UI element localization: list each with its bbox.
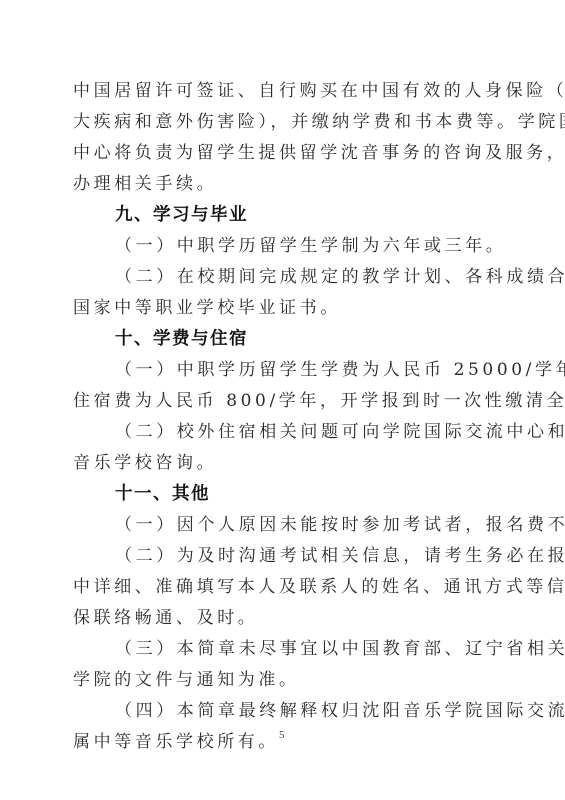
paragraph-line: （二）校外住宿相关问题可向学院国际交流中心和附属中等: [73, 417, 497, 448]
document-page: 中国居留许可签证、自行购买在中国有效的人身保险（须包含重 大疾病和意外伤害险），…: [0, 0, 565, 800]
paragraph-line: （一）因个人原因未能按时参加考试者，报名费不予退还。: [73, 510, 497, 541]
paragraph-line: 保联络畅通、及时。: [73, 603, 497, 634]
paragraph-line: 办理相关手续。: [73, 169, 497, 200]
paragraph-line: 住宿费为人民币 800/学年，开学报到时一次性缴清全年费用。: [73, 386, 497, 417]
section-heading-other: 十一、其他: [73, 479, 497, 510]
paragraph-line: （二）在校期间完成规定的教学计划、各科成绩合格，颁发: [73, 262, 497, 293]
paragraph-line: 属中等音乐学校所有。: [73, 727, 497, 758]
section-heading-study-graduation: 九、学习与毕业: [73, 200, 497, 231]
paragraph-line: 国家中等职业学校毕业证书。: [73, 293, 497, 324]
page-number: 5: [279, 729, 285, 741]
paragraph-line: 中国居留许可签证、自行购买在中国有效的人身保险（须包含重: [73, 76, 497, 107]
section-heading-tuition-housing: 十、学费与住宿: [73, 324, 497, 355]
paragraph-line: 学院的文件与通知为准。: [73, 665, 497, 696]
document-body: 中国居留许可签证、自行购买在中国有效的人身保险（须包含重 大疾病和意外伤害险），…: [73, 76, 497, 758]
paragraph-line: （二）为及时沟通考试相关信息，请考生务必在报名申请表: [73, 541, 497, 572]
paragraph-line: 中心将负责为留学生提供留学沈音事务的咨询及服务，并协助其: [73, 138, 497, 169]
paragraph-line: （四）本简章最终解释权归沈阳音乐学院国际交流中心、附: [73, 696, 497, 727]
paragraph-line: 中详细、准确填写本人及联系人的姓名、通讯方式等信息，以确: [73, 572, 497, 603]
paragraph-line: 大疾病和意外伤害险），并缴纳学费和书本费等。学院国际交流: [73, 107, 497, 138]
paragraph-line: （三）本简章未尽事宜以中国教育部、辽宁省相关部门以及: [73, 634, 497, 665]
paragraph-line: （一）中职学历留学生学制为六年或三年。: [73, 231, 497, 262]
paragraph-line: （一）中职学历留学生学费为人民币 25000/学年；学校宿舍: [73, 355, 497, 386]
paragraph-line: 音乐学校咨询。: [73, 448, 497, 479]
